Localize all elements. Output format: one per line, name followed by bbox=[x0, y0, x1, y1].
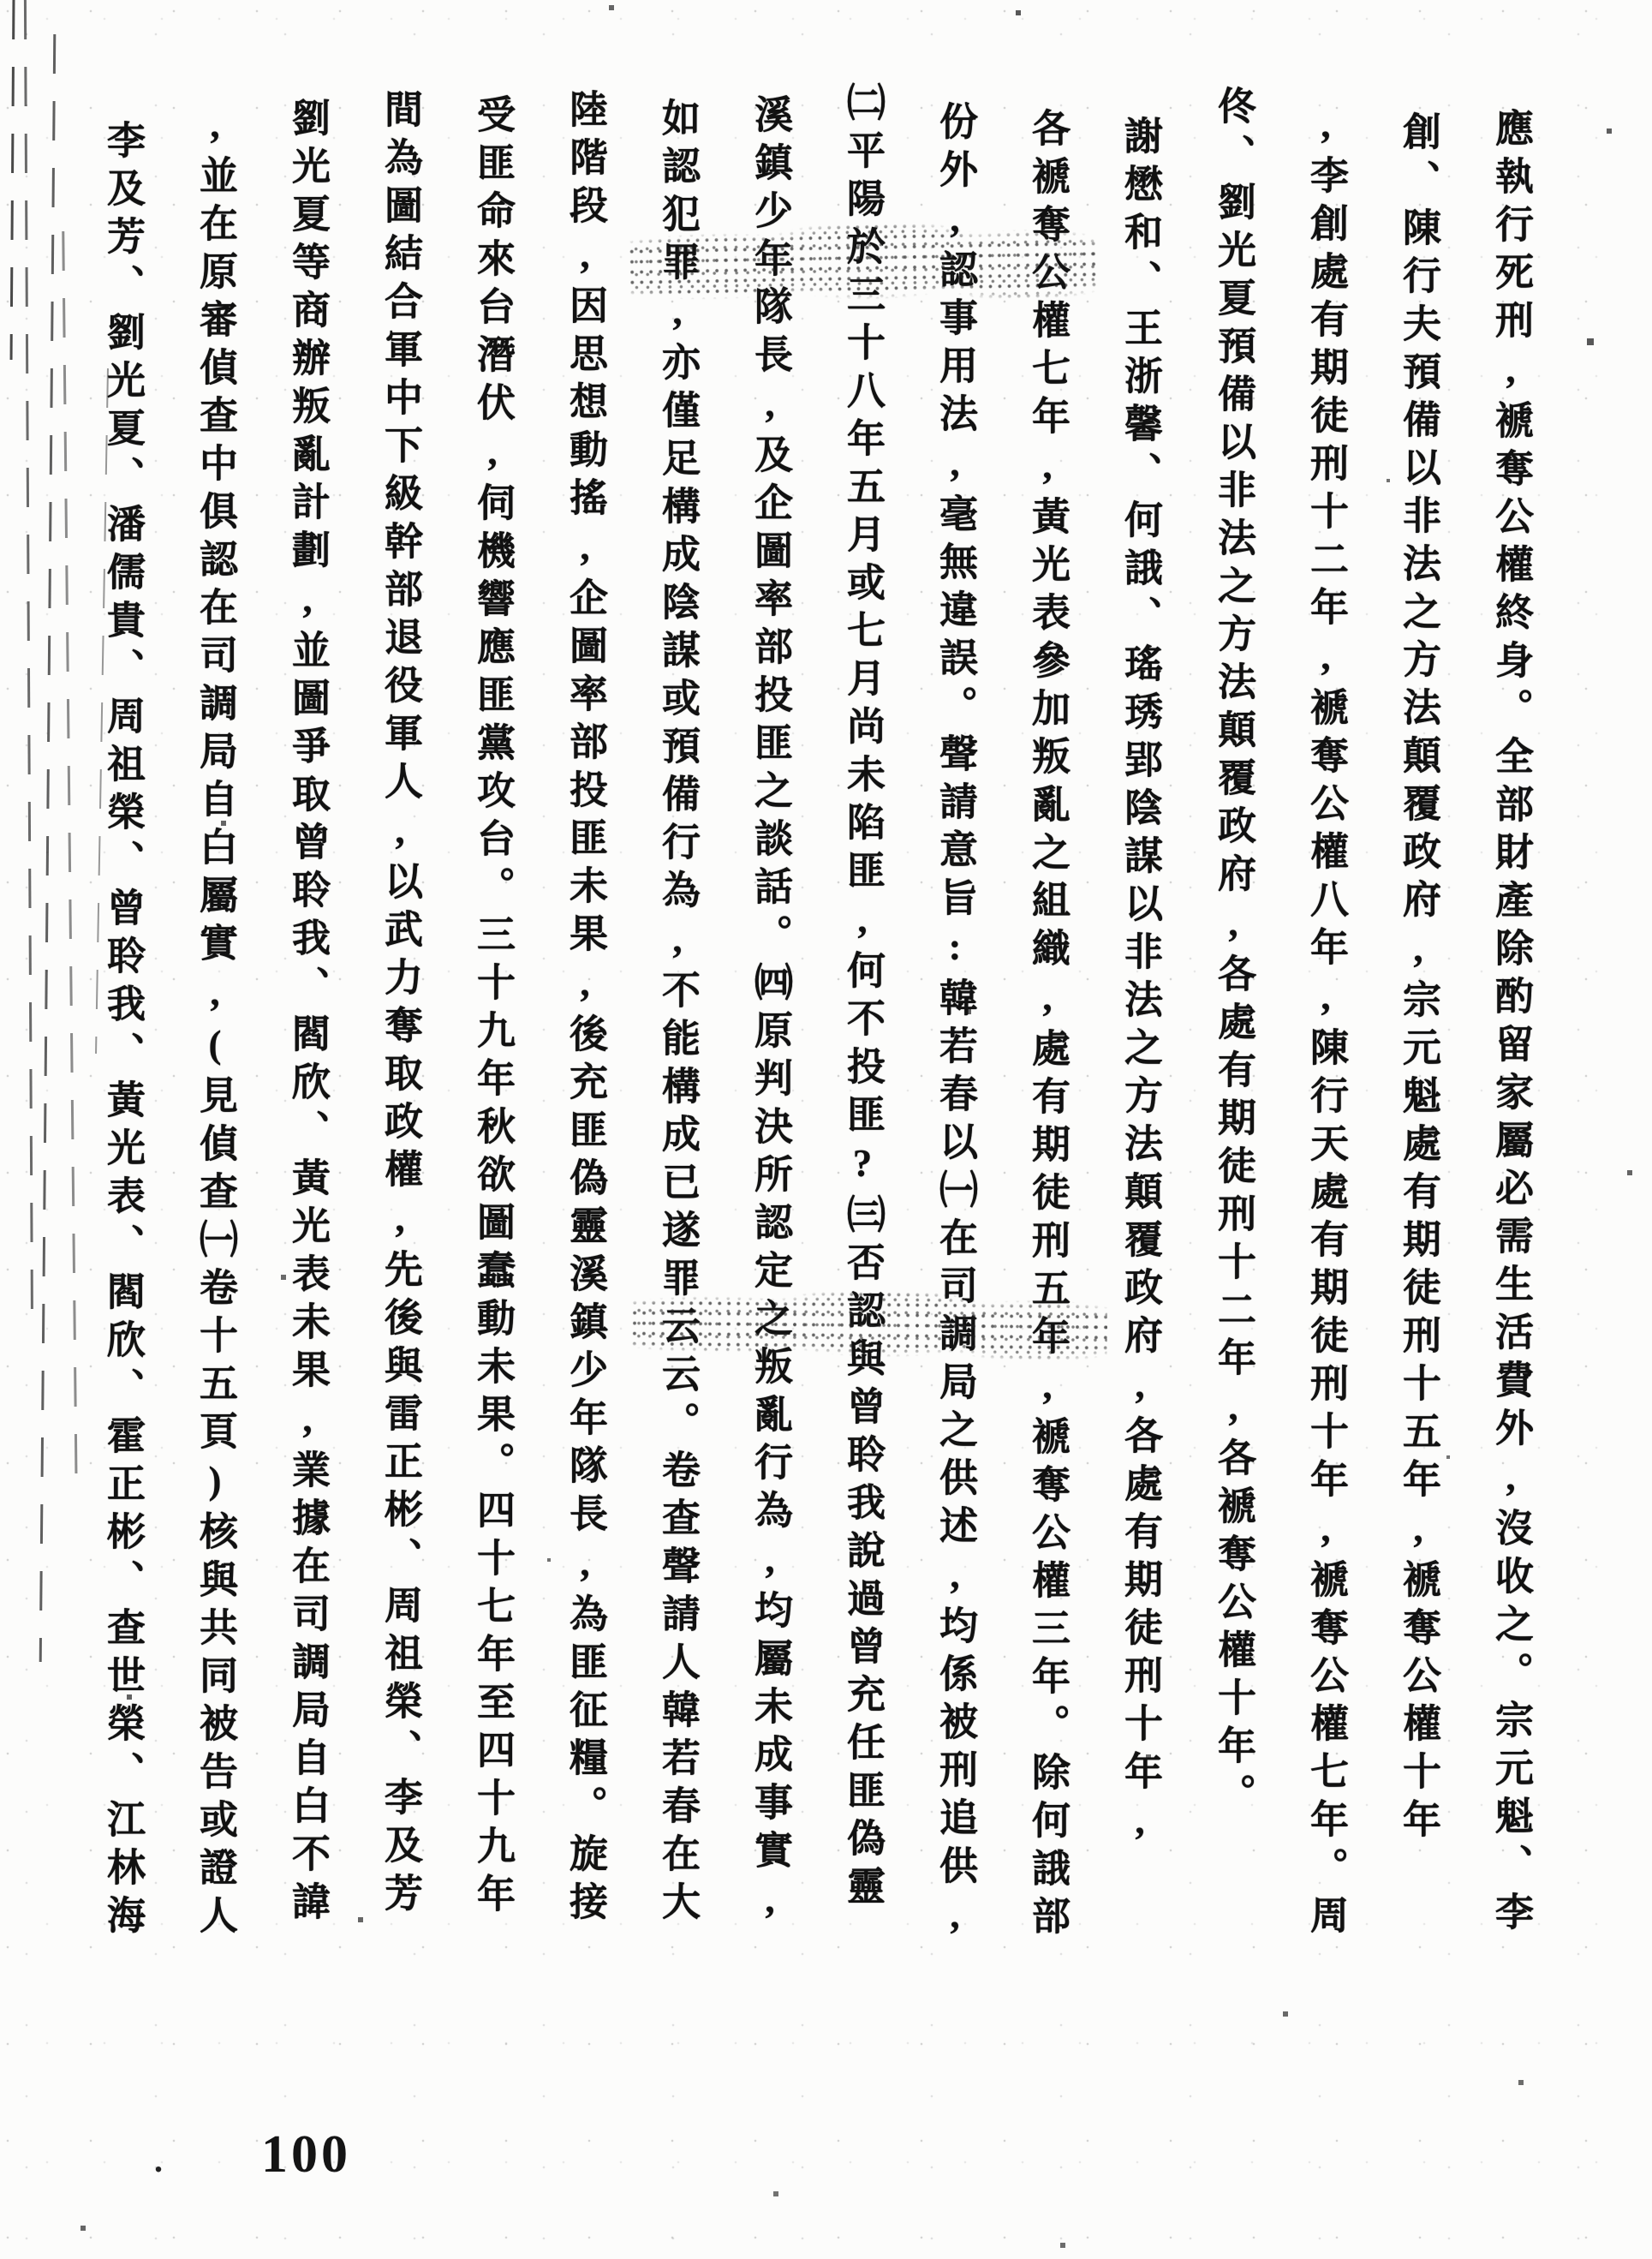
text-column: 佟、劉光夏預備以非法之方法顛覆政府,各處有期徒刑十二年,各褫奪公權十年。 bbox=[1206, 86, 1261, 1821]
text-column: 李及芳、劉光夏、潘儒貴、周祖榮、曾聆我、黃光表、閻欣、霍正彬、查世榮、江林海 bbox=[95, 120, 151, 1943]
toner-specks bbox=[0, 0, 2, 2]
text-column: 劉光夏等商辦叛亂計劃,並圖爭取曾聆我、閻欣、黃光表未果,業據在司調局自白不諱 bbox=[280, 98, 336, 1929]
text-column: ㈡平陽於三十八年五月或七月尚未陷匪,何不投匪?㈢否認與曾聆我說過曾充任匪偽靈 bbox=[835, 82, 891, 1914]
text-column: 受匪命來台潛伏,伺機響應匪黨攻台。三十九年秋欲圖蠢動未果。四十七年至四十九年 bbox=[465, 94, 521, 1921]
text-column: 份外,認事用法,毫無違誤。聲請意旨:韓若春以㈠在司調局之供述,均係被刑追供, bbox=[927, 101, 983, 1945]
text-column: 創、陳行夫預備以非法之方法顛覆政府,宗元魁處有期徒刑十五年,褫奪公權十年 bbox=[1391, 111, 1446, 1847]
text-column: ,並在原審偵查中俱認在司調局自白屬實,(見偵查㈠卷十五頁)核與共同被告或證人 bbox=[188, 103, 243, 1943]
scan-edge-artifact bbox=[24, 0, 33, 1336]
text-column: 應執行死刑,褫奪公權終身。全部財產除酌留家屬必需生活費外,沒收之。宗元魁、李 bbox=[1483, 108, 1539, 1939]
scanned-document-page: 應執行死刑,褫奪公權終身。全部財產除酌留家屬必需生活費外,沒收之。宗元魁、李 創… bbox=[0, 0, 1652, 2259]
text-column: 溪鎮少年隊長,及企圖率部投匪之談話。㈣原判決所認定之叛亂行為,均屬未成事實, bbox=[743, 94, 798, 1930]
footer-dot: . bbox=[154, 2140, 163, 2180]
scan-edge-artifact bbox=[62, 231, 77, 1499]
text-column: 陸階段,因思想動搖,企圖率部投匪未果,後充匪偽靈溪鎮少年隊長,為匪征糧。旋接 bbox=[558, 89, 613, 1929]
dotted-stamp-overlay-icon bbox=[629, 220, 1097, 307]
dotted-stamp-overlay-icon bbox=[632, 1290, 1108, 1363]
text-column: 間為圖結合軍中下級幹部退役軍人,以武力奪取政權,先後與雷正彬、周祖榮、李及芳 bbox=[373, 89, 428, 1921]
scan-edge-artifact bbox=[39, 34, 57, 1662]
scan-edge-artifact bbox=[10, 0, 15, 360]
text-column: ,李創處有期徒刑十二年,褫奪公權八年,陳行天處有期徒刑十年,褫奪公權七年。周 bbox=[1298, 103, 1354, 1943]
text-column: 如認犯罪,亦僅足構成陰謀或預備行為,不能構成已遂罪云云。卷查聲請人韓若春在大 bbox=[650, 98, 706, 1929]
text-column: 謝懋和、王浙馨、何誐、瑤琇郢陰謀以非法之方法顛覆政府,各處有期徒刑十年, bbox=[1112, 116, 1168, 1851]
text-column: 各褫奪公權七年,黃光表參加叛亂之組織,處有期徒刑五年,褫奪公權三年。除何誐部 bbox=[1020, 108, 1076, 1944]
page-number: 100 bbox=[261, 2125, 351, 2185]
